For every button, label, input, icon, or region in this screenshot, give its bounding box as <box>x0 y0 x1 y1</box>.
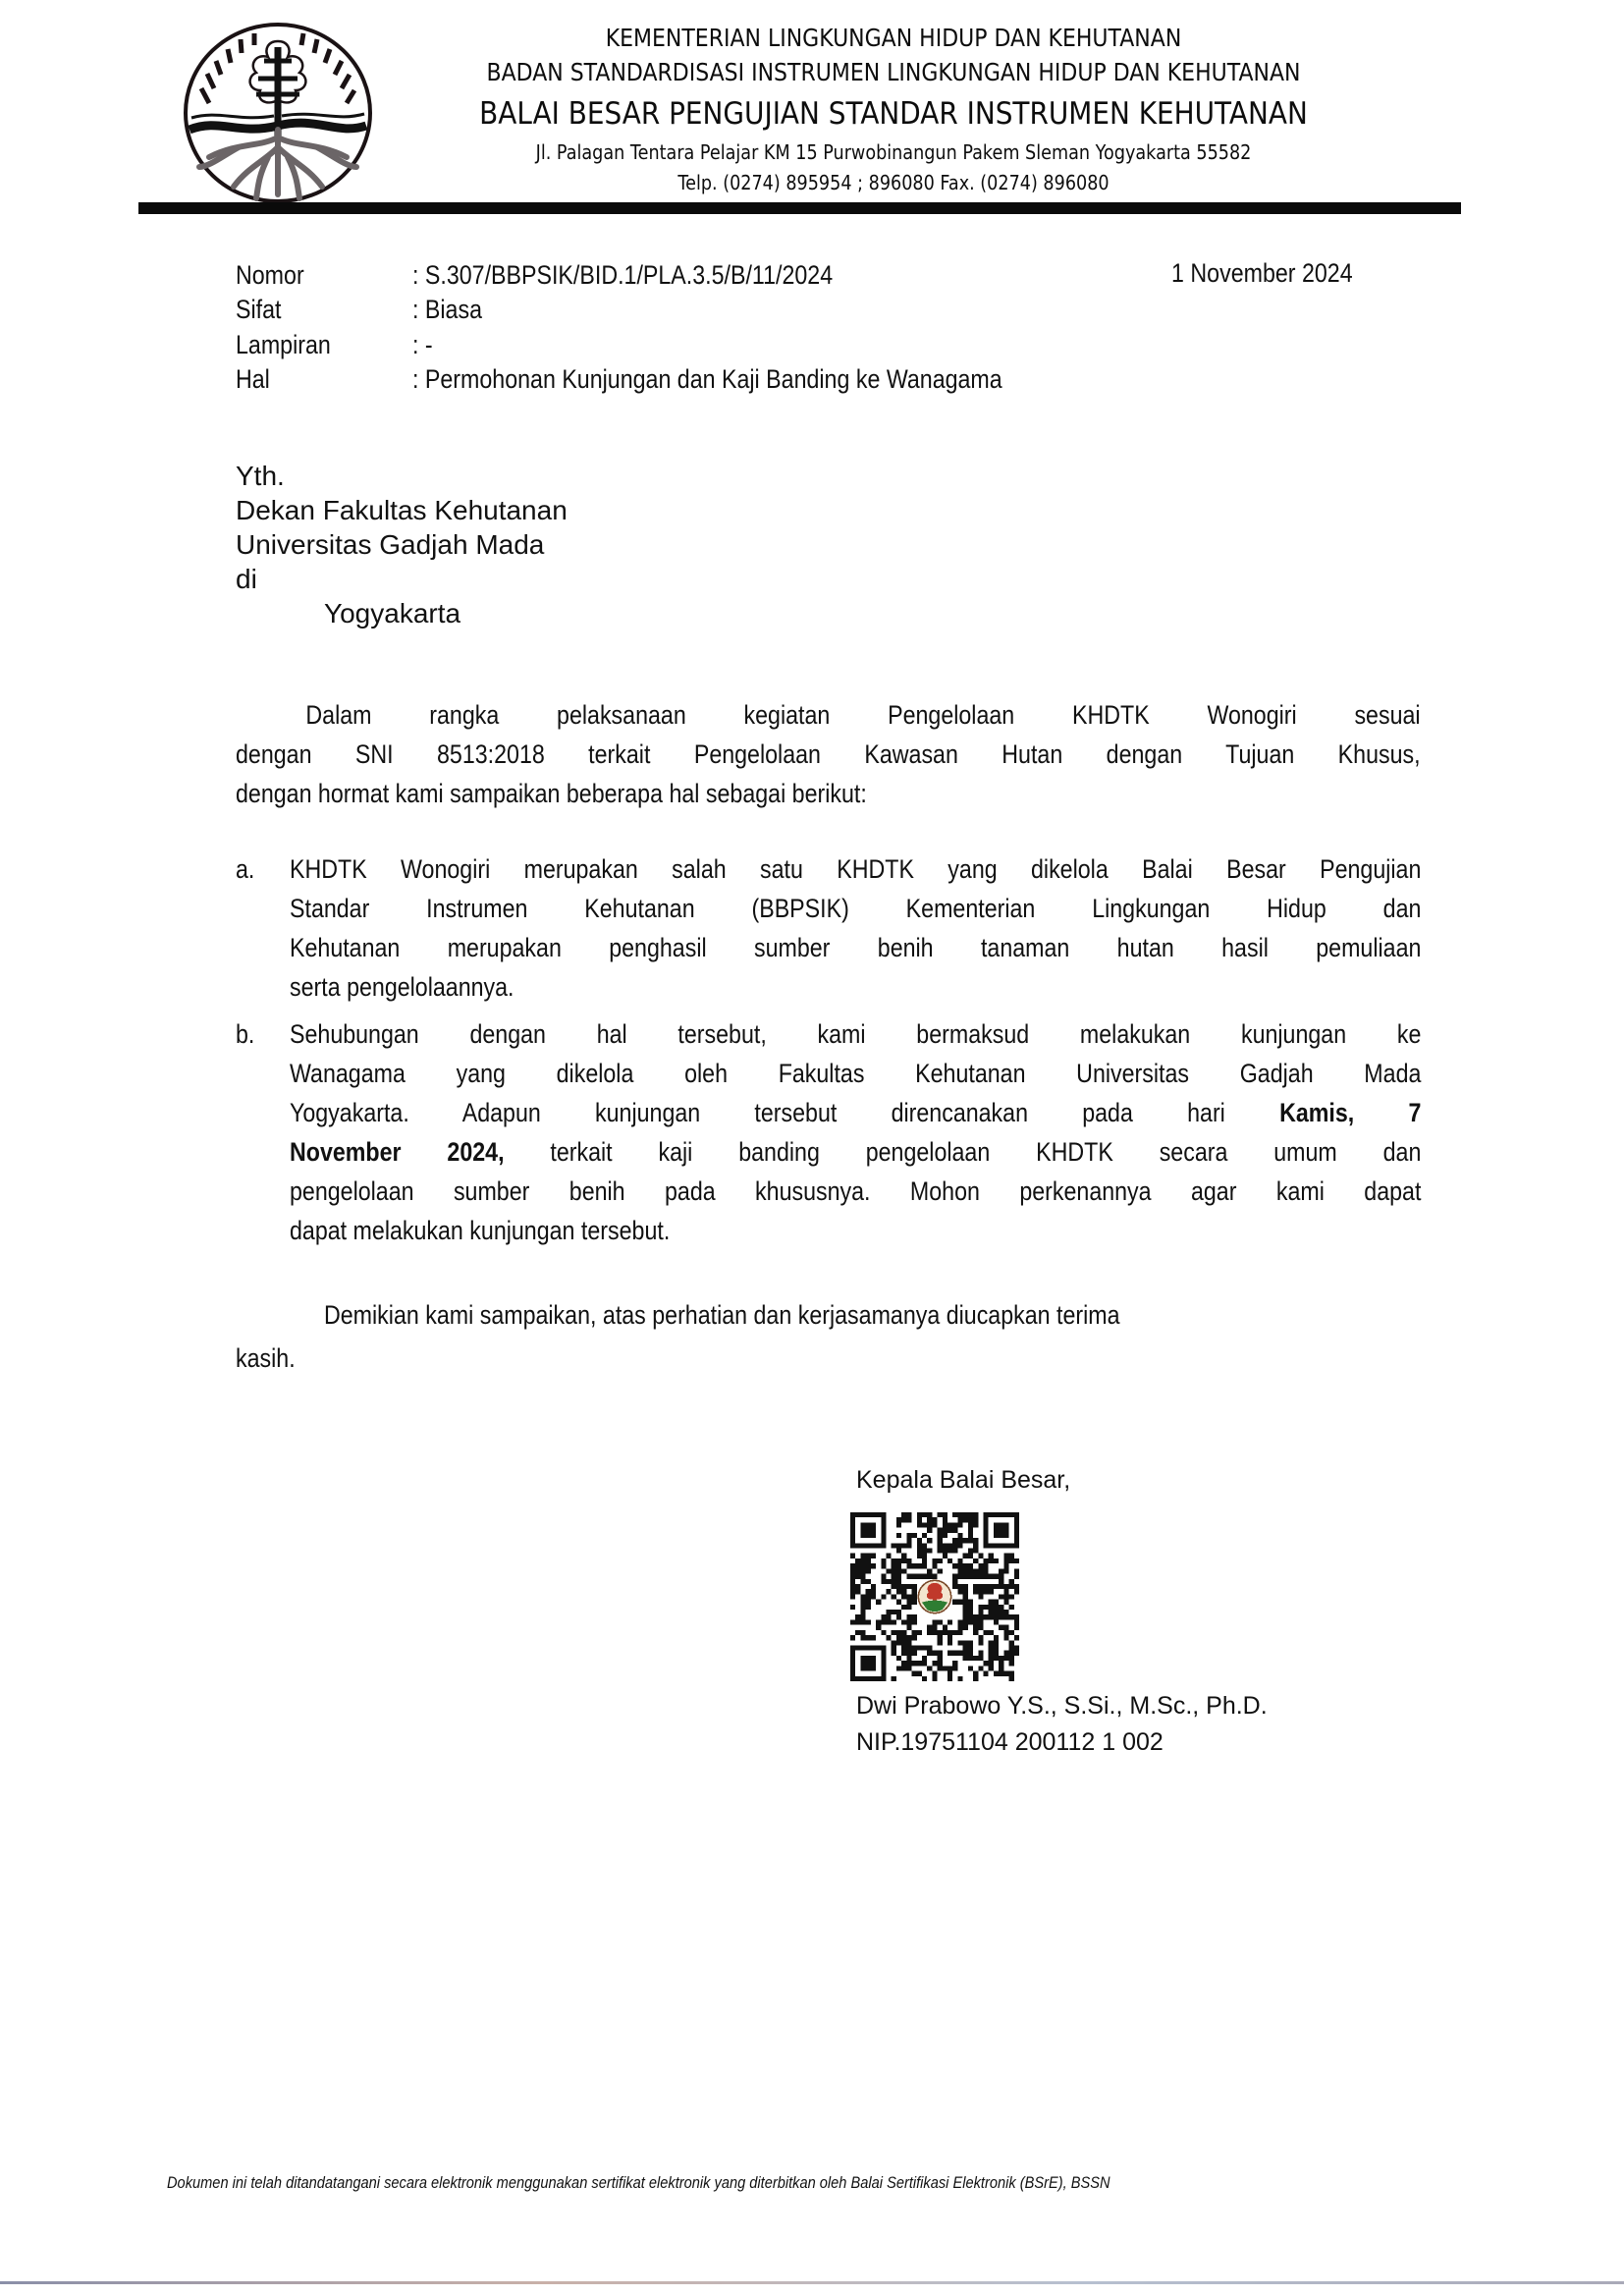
signatory-name: Dwi Prabowo Y.S., S.Si., M.Sc., Ph.D. <box>856 1691 1268 1721</box>
list-item-line: Yogyakarta. Adapun kunjungan tersebut di… <box>290 1093 1421 1132</box>
letterhead-contact: Telp. (0274) 895954 ; 896080 Fax. (0274)… <box>436 171 1352 194</box>
list-item-line: KHDTK Wonogiri merupakan salah satu KHDT… <box>290 849 1421 889</box>
e-signature-notice: Dokumen ini telah ditandatangani secara … <box>167 2173 1281 2193</box>
recipient-city: Yogyakarta <box>324 599 460 629</box>
letterhead-address: Jl. Palagan Tentara Pelajar KM 15 Purwob… <box>436 140 1352 164</box>
meta-value-hal: : Permohonan Kunjungan dan Kaji Banding … <box>412 364 1002 394</box>
meta-label-nomor: Nomor <box>236 260 304 290</box>
meta-value-lampiran: : - <box>412 330 433 359</box>
letterhead-office: BALAI BESAR PENGUJIAN STANDAR INSTRUMEN … <box>425 96 1362 132</box>
meta-value-nomor: : S.307/BBPSIK/BID.1/PLA.3.5/B/11/2024 <box>412 260 833 290</box>
recipient-institution: Universitas Gadjah Mada <box>236 530 544 560</box>
signatory-nip: NIP.19751104 200112 1 002 <box>856 1727 1164 1757</box>
meta-label-sifat: Sifat <box>236 295 281 324</box>
closing-line-1: Demikian kami sampaikan, atas perhatian … <box>324 1300 1120 1330</box>
intro-line: dengan SNI 8513:2018 terkait Pengelolaan… <box>236 735 1421 774</box>
list-item-line: pengelolaan sumber benih pada khususnya.… <box>290 1172 1421 1211</box>
recipient-salutation: Yth. <box>236 462 285 491</box>
list-item-line: serta pengelolaannya. <box>290 967 1421 1007</box>
list-item-a: KHDTK Wonogiri merupakan salah satu KHDT… <box>290 849 1421 1007</box>
e-signature-qr-code-icon <box>850 1512 1019 1681</box>
visit-date-bold: November 2024, <box>290 1137 505 1167</box>
list-item-line: Sehubungan dengan hal tersebut, kami ber… <box>290 1014 1421 1054</box>
list-item-text: Yogyakarta. Adapun kunjungan tersebut di… <box>290 1098 1225 1127</box>
meta-label-lampiran: Lampiran <box>236 330 331 359</box>
letterhead-ministry: KEMENTERIAN LINGKUNGAN HIDUP DAN KEHUTAN… <box>436 24 1352 52</box>
list-item-line: Wanagama yang dikelola oleh Fakultas Keh… <box>290 1054 1421 1093</box>
list-marker-b: b. <box>236 1019 254 1049</box>
list-marker-a: a. <box>236 854 254 884</box>
list-item-line: Kehutanan merupakan penghasil sumber ben… <box>290 928 1421 967</box>
list-item-line: dapat melakukan kunjungan tersebut. <box>290 1211 1421 1250</box>
recipient-title: Dekan Fakultas Kehutanan <box>236 496 568 525</box>
letterhead-agency: BADAN STANDARDISASI INSTRUMEN LINGKUNGAN… <box>436 58 1352 86</box>
visit-day-bold: Kamis, 7 <box>1279 1098 1421 1127</box>
recipient-di: di <box>236 565 257 594</box>
closing-line-2: kasih. <box>236 1343 296 1373</box>
list-item-line: Standar Instrumen Kehutanan (BBPSIK) Kem… <box>290 889 1421 928</box>
signatory-title: Kepala Balai Besar, <box>856 1465 1070 1495</box>
list-item-line: November 2024, terkait kaji banding peng… <box>290 1132 1421 1172</box>
meta-value-sifat: : Biasa <box>412 295 482 324</box>
scan-edge-line <box>0 2281 1624 2284</box>
meta-label-hal: Hal <box>236 364 270 394</box>
intro-line: Dalam rangka pelaksanaan kegiatan Pengel… <box>236 695 1421 735</box>
ministry-logo-icon <box>180 20 376 206</box>
list-item-text: terkait kaji banding pengelolaan KHDTK s… <box>550 1137 1421 1167</box>
intro-line: dengan hormat kami sampaikan beberapa ha… <box>236 774 1421 813</box>
list-item-b: Sehubungan dengan hal tersebut, kami ber… <box>290 1014 1421 1250</box>
letterhead-divider <box>138 202 1461 214</box>
letter-date: 1 November 2024 <box>1171 258 1353 288</box>
intro-paragraph: Dalam rangka pelaksanaan kegiatan Pengel… <box>236 695 1421 813</box>
